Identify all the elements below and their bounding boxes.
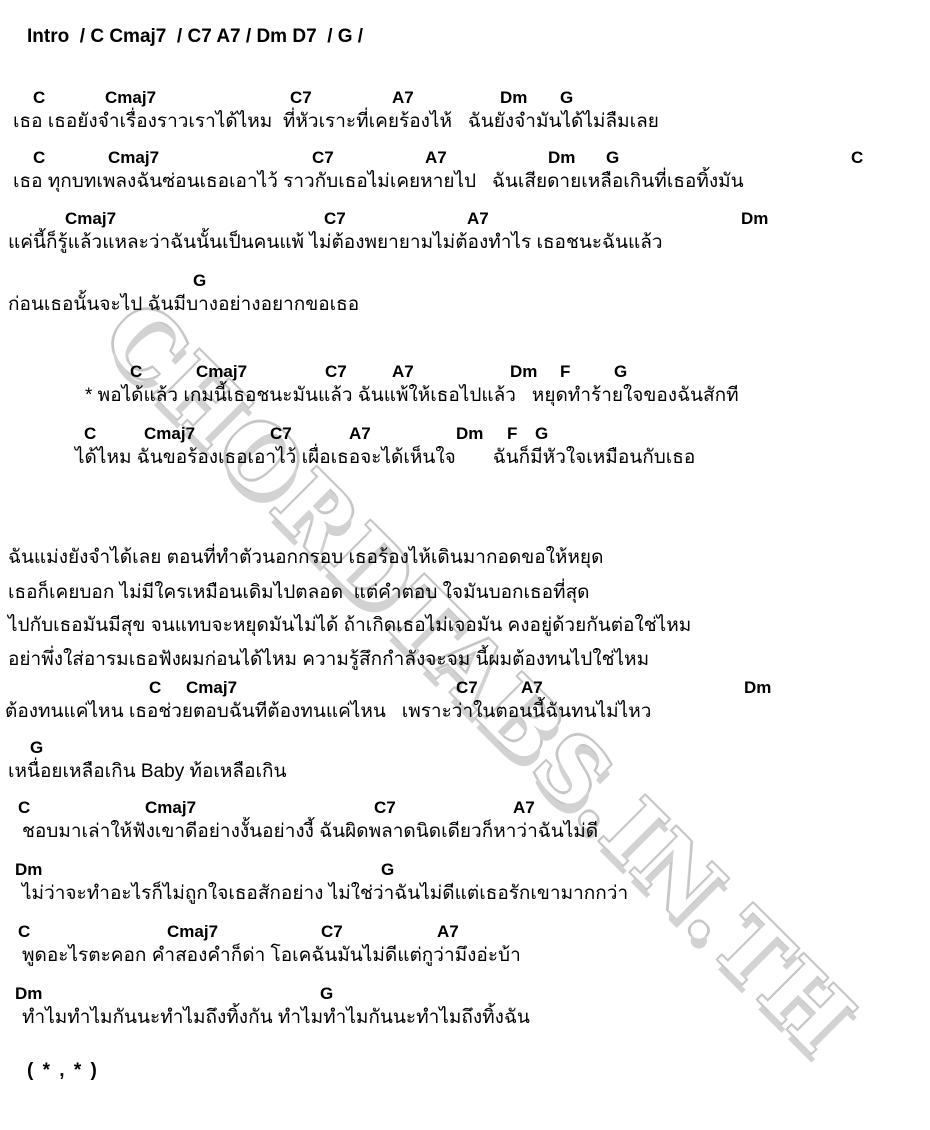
chord-label: Cmaj7 [105, 88, 156, 108]
chord-label: G [320, 984, 333, 1004]
chord-label: C [18, 798, 30, 818]
chord-sheet: Intro / C Cmaj7 / C7 A7 / Dm D7 / G / CC… [0, 0, 930, 1130]
chord-label: Dm [15, 860, 42, 880]
chord-label: A7 [392, 362, 414, 382]
chord-label: G [30, 738, 43, 758]
lyric-line: เหนื่อยเหลือเกิน Baby ท้อเหลือเกิน [8, 759, 286, 784]
lyric-line: เธอ เธอยังจำเรื่องราวเราได้ไหม ที่หัวเรา… [13, 109, 659, 134]
chord-label: F [507, 424, 517, 444]
lyric-line: เธอ ทุกบทเพลงฉันซ่อนเธอเอาไว้ ราวกับเธอไ… [13, 169, 744, 194]
chord-label: Dm [15, 984, 42, 1004]
intro-line: Intro / C Cmaj7 / C7 A7 / Dm D7 / G / [27, 26, 363, 48]
chord-label: G [381, 860, 394, 880]
chord-label: Dm [744, 678, 771, 698]
chord-label: F [560, 362, 570, 382]
lyric-line: ก่อนเธอนั้นจะไป ฉันมีบางอย่างอยากขอเธอ [8, 292, 359, 317]
lyric-line: ไม่ว่าจะทำอะไรก็ไม่ถูกใจเธอสักอย่าง ไม่ใ… [22, 881, 628, 906]
chord-label: Dm [548, 148, 575, 168]
lyric-line: ต้องทนแค่ไหน เธอช่วยตอบฉันทีต้องทนแค่ไหน… [5, 699, 651, 724]
chord-label: C7 [312, 148, 334, 168]
chord-label: C7 [324, 209, 346, 229]
chord-label: Cmaj7 [167, 922, 218, 942]
chord-label: Dm [741, 209, 768, 229]
lyric-line: อย่าพึ่งใส่อารมเธอฟังผมก่อนได้ไหม ความรู… [8, 647, 649, 672]
chord-label: C [33, 148, 45, 168]
chord-label: A7 [392, 88, 414, 108]
chord-label: C [84, 424, 96, 444]
lyric-line: เธอก็เคยบอก ไม่มีใครเหมือนเดิมไปตลอด แต่… [8, 580, 590, 605]
chord-label: G [560, 88, 573, 108]
chord-label: G [614, 362, 627, 382]
chord-label: C7 [270, 424, 292, 444]
chord-label: Dm [456, 424, 483, 444]
chord-label: Cmaj7 [186, 678, 237, 698]
lyric-line: พูดอะไรตะคอก คำสองคำก็ด่า โอเคฉันมันไม่ด… [22, 943, 521, 968]
chord-label: G [193, 271, 206, 291]
chord-label: C [130, 362, 142, 382]
chord-label: A7 [467, 209, 489, 229]
repeat-marker: ( * , * ) [27, 1060, 99, 1082]
lyric-line: ได้ไหม ฉันขอร้องเธอเอาไว้ เผื่อเธอจะได้เ… [75, 445, 695, 470]
chord-label: Cmaj7 [145, 798, 196, 818]
chord-label: Dm [510, 362, 537, 382]
lyric-line: ไปกับเธอมันมีสุข จนแทบจะหยุดมันไม่ได้ ถ้… [8, 613, 691, 638]
chord-label: C7 [325, 362, 347, 382]
chord-label: C7 [456, 678, 478, 698]
chord-label: Cmaj7 [144, 424, 195, 444]
chord-label: Cmaj7 [108, 148, 159, 168]
chord-label: A7 [521, 678, 543, 698]
chord-label: C7 [374, 798, 396, 818]
chord-label: C7 [290, 88, 312, 108]
chord-label: A7 [349, 424, 371, 444]
lyric-line: ชอบมาเล่าให้ฟังเขาดีอย่างงั้นอย่างงี้ ฉั… [22, 819, 598, 844]
chord-label: C [33, 88, 45, 108]
chord-label: Cmaj7 [65, 209, 116, 229]
chord-label: C7 [321, 922, 343, 942]
chord-label: C [18, 922, 30, 942]
lyric-line: ทำไมทำไมกันนะทำไมถึงทิ้งกัน ทำไมทำไมกันน… [22, 1005, 530, 1030]
chord-label: Dm [500, 88, 527, 108]
lyric-line: แค่นี้ก็รู้แล้วแหละว่าฉันนั้นเป็นคนแพ้ ไ… [8, 230, 663, 255]
lyric-line: ฉันแม่งยังจำได้เลย ตอนที่ทำตัวนอกกรอบ เธ… [8, 545, 603, 570]
chord-label: A7 [513, 798, 535, 818]
lyric-line: * พอได้แล้ว เกมนี้เธอชนะมันแล้ว ฉันแพ้ให… [85, 383, 739, 408]
chord-label: A7 [425, 148, 447, 168]
chord-label: A7 [437, 922, 459, 942]
chord-label: G [606, 148, 619, 168]
chord-label: G [535, 424, 548, 444]
chord-label: Cmaj7 [196, 362, 247, 382]
chord-label: C [149, 678, 161, 698]
chord-label: C [851, 148, 863, 168]
